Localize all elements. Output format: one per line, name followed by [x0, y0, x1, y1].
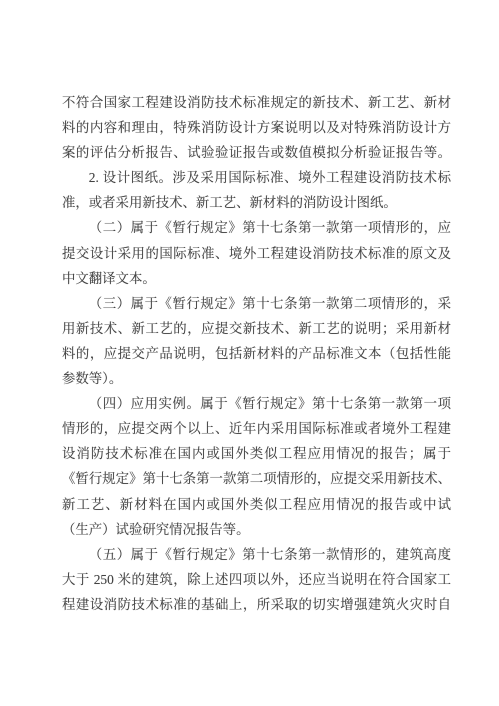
document-text-block: 不符合国家工程建设消防技术标准规定的新技术、新工艺、新材料的内容和理由，特殊消防…	[62, 90, 451, 617]
text-line: 提交设计采用的国际标准、境外工程建设消防技术标准的原文及	[62, 241, 451, 266]
text-line: 中文翻译文本。	[62, 266, 451, 291]
text-line: （生产）试验研究情况报告等。	[62, 517, 451, 542]
text-line: 大于 250 米的建筑，除上述四项以外，还应当说明在符合国家工	[62, 567, 451, 592]
text-line: 准，或者采用新技术、新工艺、新材料的消防设计图纸。	[62, 190, 451, 215]
text-line: 参数等）。	[62, 366, 451, 391]
text-line: （三）属于《暂行规定》第十七条第一款第二项情形的，采	[62, 291, 451, 316]
text-line: 设消防技术标准在国内或国外类似工程应用情况的报告；属于	[62, 441, 451, 466]
text-line: （五）属于《暂行规定》第十七条第一款情形的，建筑高度	[62, 542, 451, 567]
text-line: 料的，应提交产品说明，包括新材料的产品标准文本（包括性能	[62, 341, 451, 366]
text-line: 料的内容和理由，特殊消防设计方案说明以及对特殊消防设计方	[62, 115, 451, 140]
text-line: 情形的，应提交两个以上、近年内采用国际标准或者境外工程建	[62, 416, 451, 441]
text-line: （四）应用实例。属于《暂行规定》第十七条第一款第一项	[62, 391, 451, 416]
text-line: 程建设消防技术标准的基础上，所采取的切实增强建筑火灾时自	[62, 592, 451, 617]
text-line: 2. 设计图纸。涉及采用国际标准、境外工程建设消防技术标	[62, 165, 451, 190]
text-line: 新工艺、新材料在国内或国外类似工程应用情况的报告或中试	[62, 492, 451, 517]
text-line: （二）属于《暂行规定》第十七条第一款第一项情形的，应	[62, 215, 451, 240]
document-page: 不符合国家工程建设消防技术标准规定的新技术、新工艺、新材料的内容和理由，特殊消防…	[0, 0, 499, 706]
text-line: 用新技术、新工艺的，应提交新技术、新工艺的说明；采用新材	[62, 316, 451, 341]
text-line: 《暂行规定》第十七条第一款第二项情形的，应提交采用新技术、	[62, 466, 451, 491]
text-line: 案的评估分析报告、试验验证报告或数值模拟分析验证报告等。	[62, 140, 451, 165]
text-line: 不符合国家工程建设消防技术标准规定的新技术、新工艺、新材	[62, 90, 451, 115]
